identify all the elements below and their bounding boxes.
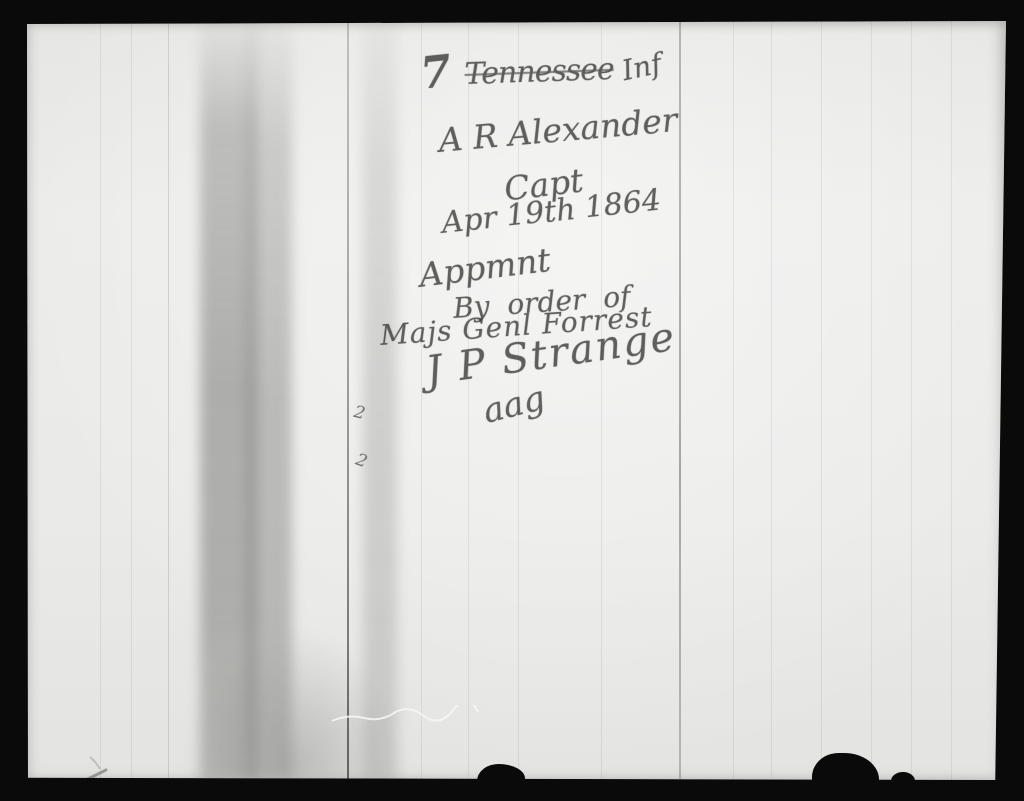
handwritten-docket-title: Tennessee	[464, 52, 614, 92]
crack-highlight	[330, 705, 480, 731]
fold-crease-line-left	[347, 21, 349, 780]
paper-texture-line	[131, 21, 132, 780]
paper-texture-line	[771, 21, 772, 780]
paper-texture-line	[951, 21, 952, 780]
paper-texture-line	[871, 21, 872, 780]
paper-texture-line	[421, 21, 422, 780]
handwritten-name-line: A R Alexander	[437, 100, 679, 160]
fold-shadow-band	[363, 21, 397, 780]
paper-texture-line	[100, 21, 101, 780]
handwritten-docket-number: 7	[418, 46, 454, 100]
handwritten-docket-abbreviation: Inf	[619, 47, 664, 87]
fold-crease-line-right	[679, 21, 681, 780]
pencil-scribble	[22, 735, 152, 795]
scanned-document-frame: 2 2 7 Tennessee Inf A R Alexander Capt A…	[0, 0, 1024, 801]
paper-texture-line	[168, 21, 169, 780]
paper-texture-line	[821, 21, 822, 780]
paper-texture-line	[911, 21, 912, 780]
paper-texture-line	[733, 21, 734, 780]
document-paper: 2 2 7 Tennessee Inf A R Alexander Capt A…	[27, 21, 1007, 780]
